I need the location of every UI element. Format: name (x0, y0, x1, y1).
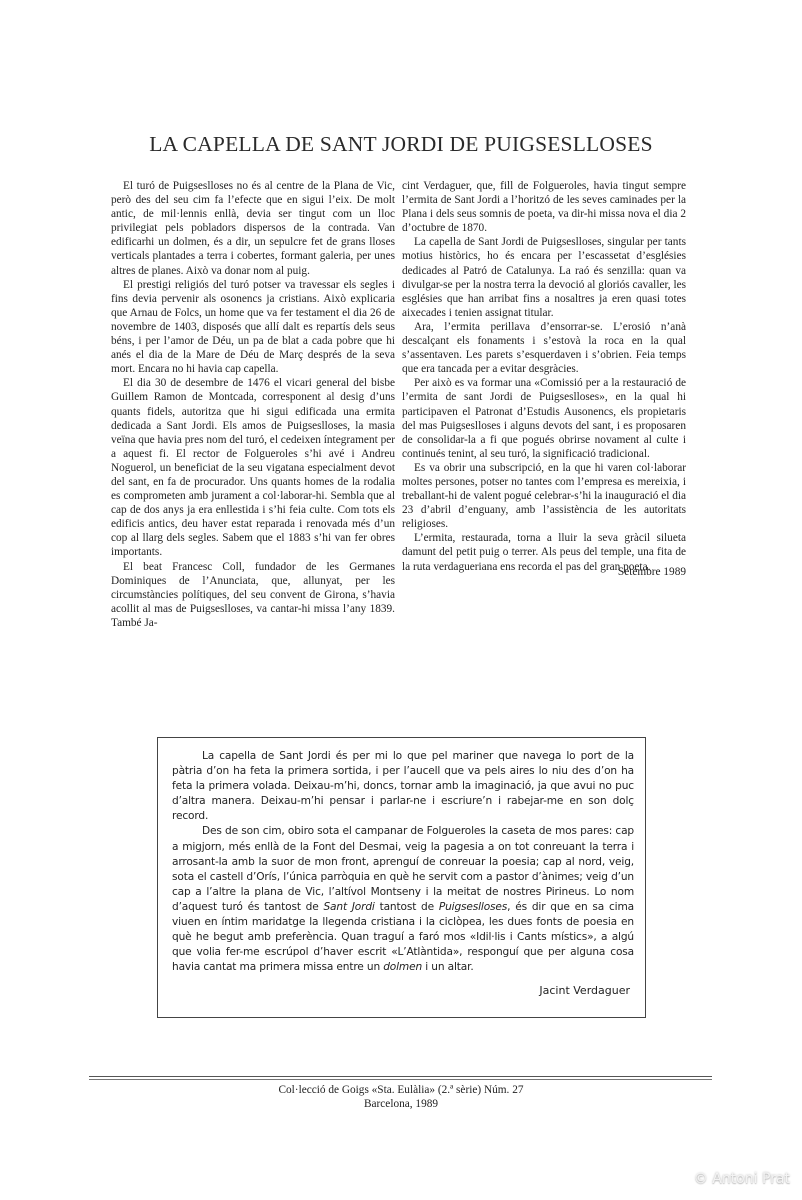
article-right-column: cint Verdaguer, que, fill de Folgueroles… (402, 179, 686, 574)
footer-rule (89, 1076, 712, 1077)
paragraph: La capella de Sant Jordi de Puigsesllose… (402, 235, 686, 320)
paragraph: Ara, l’ermita perillava d’ensorrar-se. L… (402, 320, 686, 376)
quote-italic: dolmen (383, 961, 422, 973)
paragraph: El prestigi religiós del turó potser va … (111, 278, 395, 377)
quote-paragraph: Des de son cim, obiro sota el campanar d… (172, 824, 634, 975)
quote-text: La capella de Sant Jordi és per mi lo qu… (172, 749, 634, 975)
paragraph: El beat Francesc Coll, fundador de les G… (111, 560, 395, 630)
footer-rule (89, 1079, 712, 1080)
paragraph-continuation: cint Verdaguer, que, fill de Folgueroles… (402, 179, 686, 235)
paragraph: Per això es va formar una «Comissió per … (402, 376, 686, 461)
quote-text-span: i un altar. (422, 961, 474, 973)
paragraph: El dia 30 de desembre de 1476 el vicari … (111, 376, 395, 559)
quote-text-span: Des de son cim, obiro sota el campanar d… (172, 825, 634, 912)
paragraph: El turó de Puigseslloses no és al centre… (111, 179, 395, 278)
copyright-watermark: © Antoni Prat (694, 1171, 790, 1187)
quote-italic: Puigseslloses (439, 901, 507, 913)
article-title: LA CAPELLA DE SANT JORDI DE PUIGSESLLOSE… (0, 132, 802, 157)
footer-place-year: Barcelona, 1989 (0, 1097, 802, 1111)
quote-author: Jacint Verdaguer (539, 984, 630, 997)
paragraph: Es va obrir una subscripció, en la que h… (402, 461, 686, 531)
quote-box: La capella de Sant Jordi és per mi lo qu… (157, 737, 646, 1018)
article-left-column: El turó de Puigseslloses no és al centre… (111, 179, 395, 630)
article-date: Setembre 1989 (402, 566, 686, 578)
quote-text-span: tantost de (375, 901, 439, 913)
quote-paragraph: La capella de Sant Jordi és per mi lo qu… (172, 749, 634, 824)
quote-italic: Sant Jordi (323, 901, 374, 913)
footer-collection: Col·lecció de Goigs «Sta. Eulàlia» (2.ª … (0, 1083, 802, 1097)
